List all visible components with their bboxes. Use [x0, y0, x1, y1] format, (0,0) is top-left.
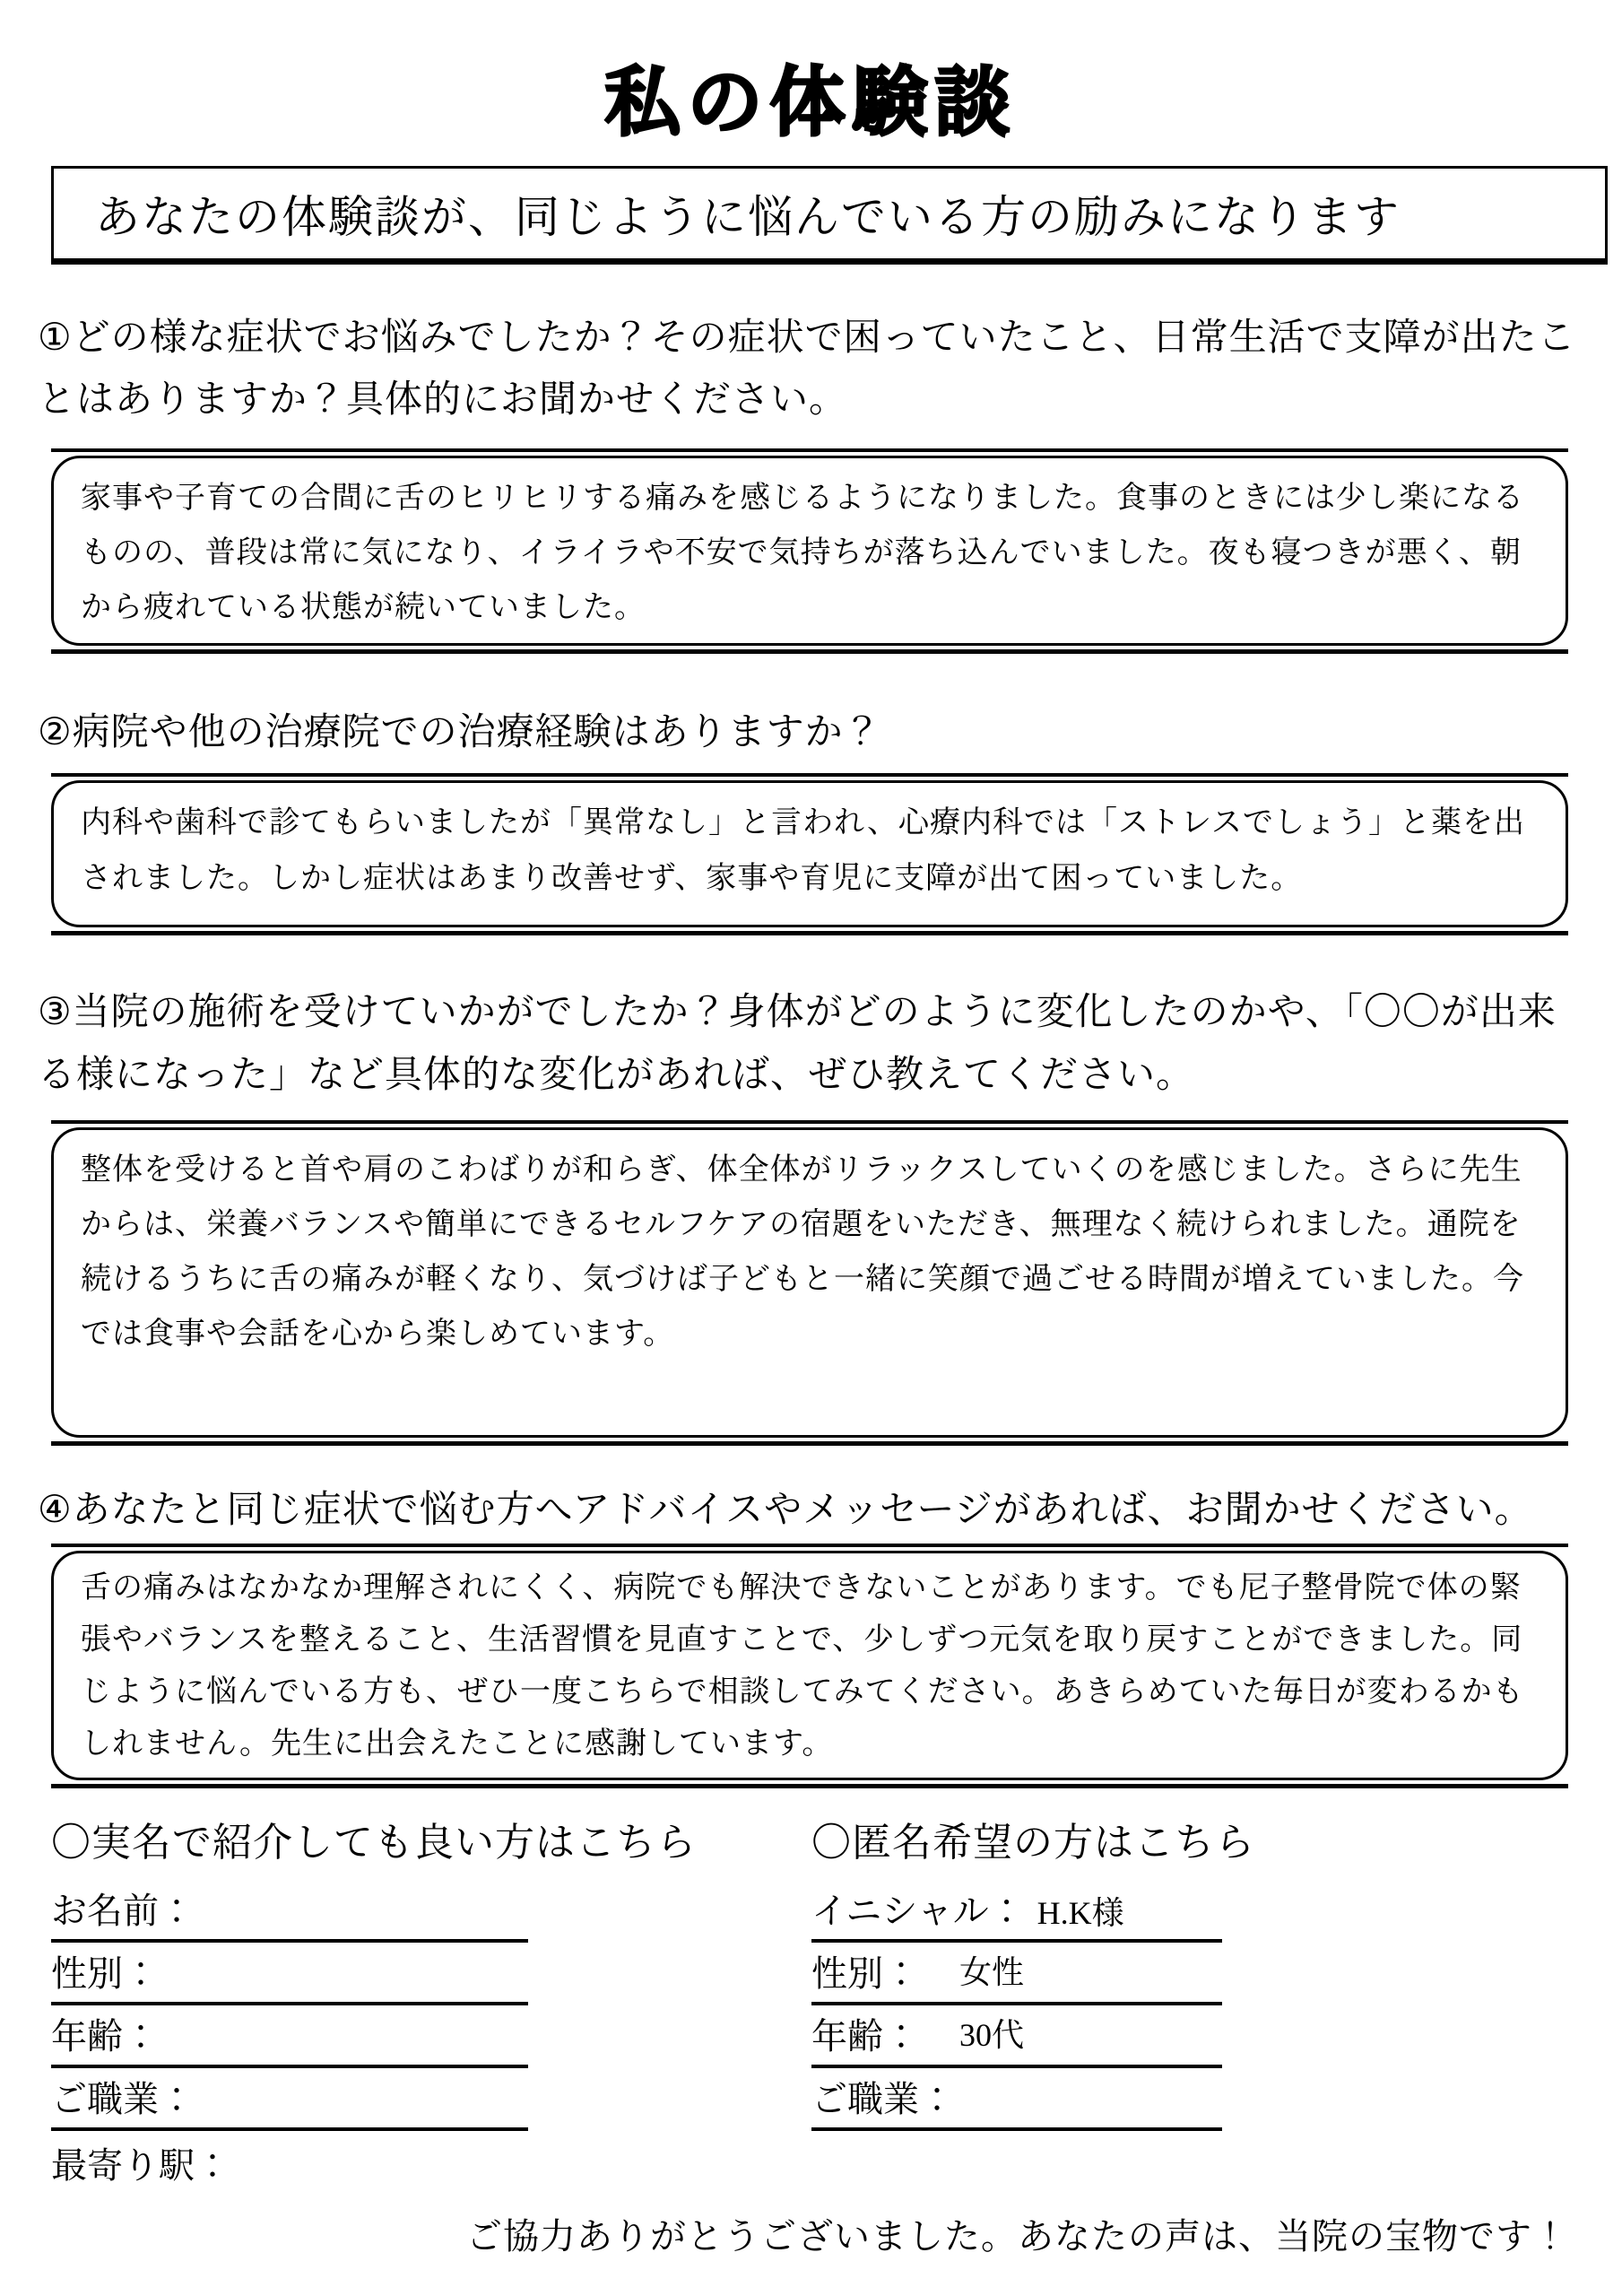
answer-4-box: 舌の痛みはなかなか理解されにくく、病院でも解決できないことがあります。でも尼子整… [51, 1544, 1568, 1787]
page-title: 私の体験談 [0, 59, 1622, 146]
field-label-initials: イニシャル： [811, 1883, 1025, 1934]
field-row-age-right: 年齢： 30代 [811, 2005, 1222, 2068]
field-label-gender-right: 性別： [811, 1945, 919, 1996]
real-name-heading: 〇実名で紹介しても良い方はこちら [51, 1810, 528, 1867]
field-value-age-right: 30代 [959, 2010, 1024, 2056]
answer-1-box: 家事や子育ての合間に舌のヒリヒリする痛みを感じるようになりました。食事のときには… [51, 448, 1568, 654]
question-4-label: ④あなたと同じ症状で悩む方へアドバイスやメッセージがあれば、お聞かせください。 [38, 1478, 1586, 1541]
anonymous-heading: 〇匿名希望の方はこちら [811, 1810, 1222, 1867]
field-label-occupation-right: ご職業： [811, 2071, 955, 2122]
field-label-nearest-station: 最寄り駅： [51, 2137, 230, 2188]
question-3-label: ③当院の施術を受けていかがでしたか？身体がどのように変化したのかや、「〇〇が出来… [38, 980, 1586, 1105]
real-name-column: 〇実名で紹介しても良い方はこちら お名前： 性別： 年齢： ご職業： 最寄り駅： [51, 1810, 528, 2194]
field-row-occupation-left: ご職業： [51, 2068, 528, 2131]
personal-info-section: 〇実名で紹介しても良い方はこちら お名前： 性別： 年齢： ご職業： 最寄り駅： [51, 1810, 1622, 2194]
anonymous-column: 〇匿名希望の方はこちら イニシャル： H.K様 性別： 女性 年齢： 30代 ご… [811, 1810, 1222, 2194]
field-row-name: お名前： [51, 1880, 528, 1943]
question-2-label: ②病院や他の治療院での治療経験はありますか？ [38, 700, 1586, 763]
answer-1-text: 家事や子育ての合間に舌のヒリヒリする痛みを感じるようになりました。食事のときには… [51, 456, 1568, 646]
field-label-occupation-left: ご職業： [51, 2071, 195, 2122]
testimonial-form-page: 私の体験談 あなたの体験談が、同じように悩んでいる方の励みになります ①どの様な… [0, 0, 1622, 2296]
field-row-gender-right: 性別： 女性 [811, 1943, 1222, 2005]
field-row-initials: イニシャル： H.K様 [811, 1880, 1222, 1943]
field-label-name: お名前： [51, 1883, 195, 1934]
answer-3-box: 整体を受けると首や肩のこわばりが和らぎ、体全体がリラックスしていくのを感じました… [51, 1120, 1568, 1446]
answer-4-text: 舌の痛みはなかなか理解されにくく、病院でも解決できないことがあります。でも尼子整… [51, 1551, 1568, 1779]
field-value-initials: H.K様 [1037, 1888, 1124, 1934]
answer-2-box: 内科や歯科で診てもらいましたが「異常なし」と言われ、心療内科では「ストレスでしょ… [51, 773, 1568, 935]
footer-thank-you-note: ご協力ありがとうございました。あなたの声は、当院の宝物です！ [0, 2208, 1569, 2259]
field-row-age-left: 年齢： [51, 2005, 528, 2068]
subtitle-text: あなたの体験談が、同じように悩んでいる方の励みになります [95, 181, 1401, 246]
question-1-label: ①どの様な症状でお悩みでしたか？その症状で困っていたこと、日常生活で支障が出たこ… [38, 306, 1586, 430]
answer-3-text: 整体を受けると首や肩のこわばりが和らぎ、体全体がリラックスしていくのを感じました… [51, 1127, 1568, 1438]
answer-2-text: 内科や歯科で診てもらいましたが「異常なし」と言われ、心療内科では「ストレスでしょ… [51, 780, 1568, 927]
field-label-age-right: 年齢： [811, 2008, 919, 2059]
field-label-gender-left: 性別： [51, 1945, 159, 1996]
subtitle-banner: あなたの体験談が、同じように悩んでいる方の励みになります [51, 166, 1608, 265]
field-label-age-left: 年齢： [51, 2008, 159, 2059]
field-row-nearest-station: 最寄り駅： [51, 2131, 528, 2194]
field-row-gender-left: 性別： [51, 1943, 528, 2005]
field-row-occupation-right: ご職業： [811, 2068, 1222, 2131]
field-value-gender-right: 女性 [959, 1947, 1024, 1993]
